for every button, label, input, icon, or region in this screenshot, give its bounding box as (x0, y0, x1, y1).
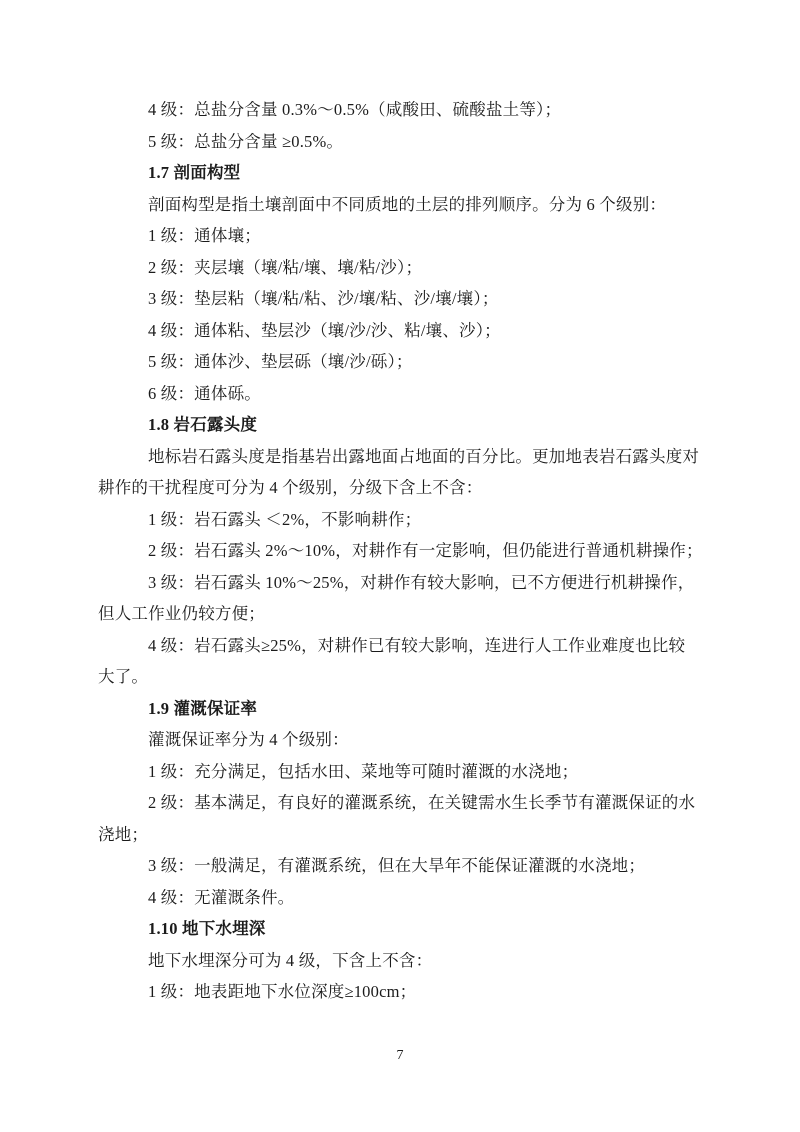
text-line: 地标岩石露头度是指基岩出露地面占地面的百分比。更加地表岩石露头度对 (98, 441, 684, 473)
text-line: 4 级：通体粘、垫层沙（壤/沙/沙、粘/壤、沙）； (98, 315, 684, 347)
document-body: 4 级：总盐分含量 0.3%～0.5%（咸酸田、硫酸盐土等）；5 级：总盐分含量… (98, 94, 684, 1008)
text-line: 但人工作业仍较方便； (98, 598, 684, 630)
document-page: 4 级：总盐分含量 0.3%～0.5%（咸酸田、硫酸盐土等）；5 级：总盐分含量… (0, 0, 800, 1132)
section-heading: 1.7 剖面构型 (98, 157, 684, 189)
text-line: 5 级：通体沙、垫层砾（壤/沙/砾）； (98, 346, 684, 378)
text-line: 耕作的干扰程度可分为 4 个级别，分级下含上不含： (98, 472, 684, 504)
text-line: 地下水埋深分可为 4 级，下含上不含： (98, 945, 684, 977)
text-line: 1 级：地表距地下水位深度≥100cm； (98, 976, 684, 1008)
text-line: 1 级：通体壤； (98, 220, 684, 252)
section-heading: 1.9 灌溉保证率 (98, 693, 684, 725)
text-line: 1 级：充分满足，包括水田、菜地等可随时灌溉的水浇地； (98, 756, 684, 788)
text-line: 灌溉保证率分为 4 个级别： (98, 724, 684, 756)
section-heading: 1.10 地下水埋深 (98, 913, 684, 945)
text-line: 浇地； (98, 819, 684, 851)
text-line: 4 级：岩石露头≥25%，对耕作已有较大影响，连进行人工作业难度也比较 (98, 630, 684, 662)
text-line: 4 级：总盐分含量 0.3%～0.5%（咸酸田、硫酸盐土等）； (98, 94, 684, 126)
page-number: 7 (0, 1044, 800, 1068)
text-line: 大了。 (98, 661, 684, 693)
text-line: 5 级：总盐分含量 ≥0.5%。 (98, 126, 684, 158)
section-heading: 1.8 岩石露头度 (98, 409, 684, 441)
text-line: 2 级：岩石露头 2%～10%，对耕作有一定影响，但仍能进行普通机耕操作； (98, 535, 684, 567)
text-line: 3 级：垫层粘（壤/粘/粘、沙/壤/粘、沙/壤/壤）； (98, 283, 684, 315)
text-line: 3 级：一般满足，有灌溉系统，但在大旱年不能保证灌溉的水浇地； (98, 850, 684, 882)
text-line: 4 级：无灌溉条件。 (98, 882, 684, 914)
text-line: 3 级：岩石露头 10%～25%，对耕作有较大影响，已不方便进行机耕操作， (98, 567, 684, 599)
text-line: 剖面构型是指土壤剖面中不同质地的土层的排列顺序。分为 6 个级别： (98, 189, 684, 221)
text-line: 1 级：岩石露头 ＜2%，不影响耕作； (98, 504, 684, 536)
text-line: 2 级：夹层壤（壤/粘/壤、壤/粘/沙）； (98, 252, 684, 284)
text-line: 6 级：通体砾。 (98, 378, 684, 410)
text-line: 2 级：基本满足，有良好的灌溉系统，在关键需水生长季节有灌溉保证的水 (98, 787, 684, 819)
